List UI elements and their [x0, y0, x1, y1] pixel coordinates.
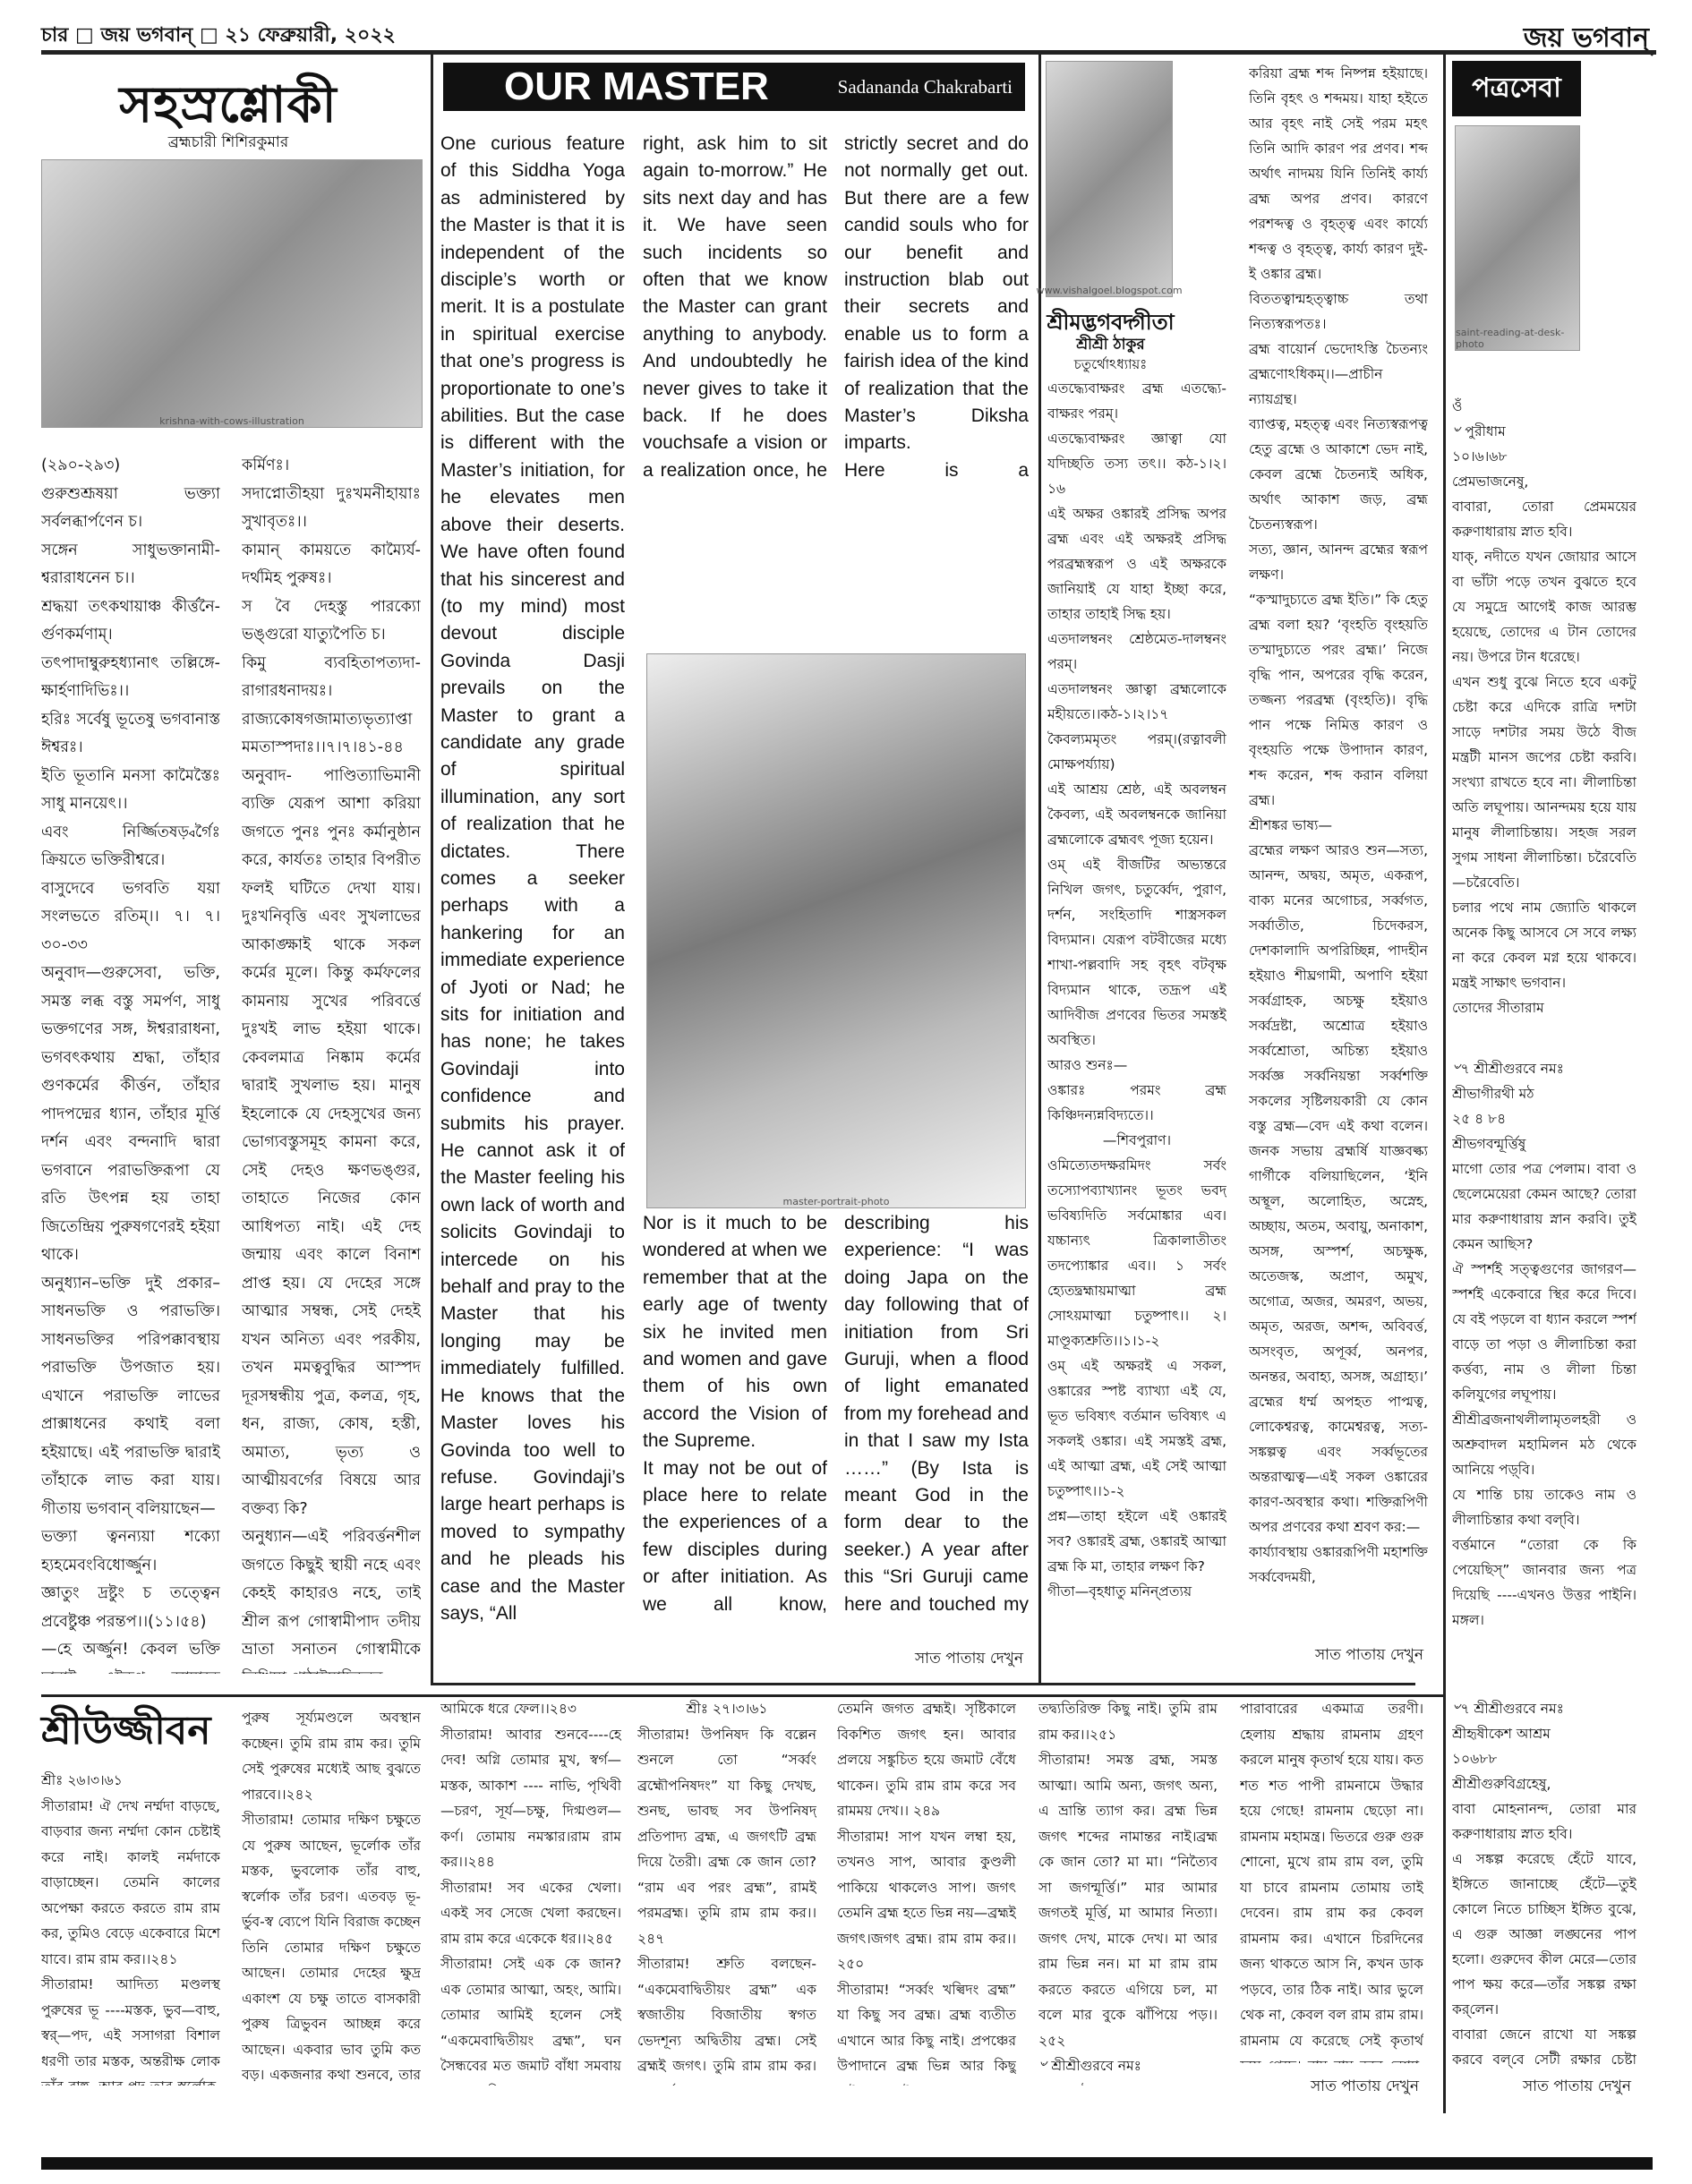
ujjiban-col3: আমিকে ধরে ফেল।।২৪৩ সীতারাম! আবার শুনবে--…	[440, 1696, 621, 2086]
letter-bhagirathi: ৺৭ শ্রীশ্রীগুরবে নমঃ শ্রীভাগীরথী মঠ ২৫ ৪…	[1452, 1056, 1636, 1629]
ujjiban-col5: তেমনি জগত ব্রহ্মই। সৃষ্টিকালে বিকশিত জগৎ…	[837, 1696, 1016, 2086]
patraseba-continued-link[interactable]: সাত পাতায় দেখুন	[1452, 2075, 1631, 2100]
ujjiban-col1: শ্রীঃ ২৬।৩।৬১ সীতারাম! ঐ দেখ নর্ম্মদা বা…	[41, 1768, 220, 2086]
master-continued-link[interactable]: সাত পাতায় দেখুন	[844, 1647, 1023, 1672]
master-col3-bottom: describing his experience: “I was doing …	[844, 1210, 1029, 1613]
master-header-bar: OUR MASTER Sadananda Chakrabarti	[443, 63, 1025, 111]
ujjiban-title: শ্রীউজ্জীবন	[41, 1701, 220, 1766]
letter-hrishikesh: ৺৭ শ্রীশ্রীগুরবে নমঃ শ্রীহৃষীকেশ আশ্রম ১…	[1452, 1696, 1636, 2072]
column-divider-right	[1443, 55, 1446, 2113]
master-border-left	[431, 55, 433, 1685]
gita-illustration: www.vishalgoel.blogspot.com	[1046, 61, 1173, 297]
gita-col2: করিয়া ব্রহ্ম শব্দ নিষ্পন্ন হইয়াছে। তিন…	[1249, 61, 1428, 1600]
bhagavat-author: ব্রহ্মচারী শিশিরকুমার	[36, 131, 421, 156]
master-col2-bottom: Nor is it much to be wondered at when we…	[643, 1210, 827, 1613]
master-photo: master-portrait-photo	[646, 653, 1026, 1208]
master-border-right	[1038, 55, 1041, 1685]
ujjiban-col6: তদ্ব্যতিরিক্ত কিছু নাই। তুমি রাম রাম কর।…	[1038, 1696, 1218, 2086]
master-col1: One curious feature of this Siddha Yoga …	[440, 131, 625, 1676]
ujjiban-col4: শ্রীঃ ২৭।৩।৬১ সীতারাম! উপনিষদ কি বল্লেন …	[637, 1696, 816, 2086]
masthead-brand: জয় ভগবান্	[1524, 16, 1649, 62]
master-author: Sadananda Chakrabarti	[838, 76, 1013, 98]
ujjiban-col2: পুরুষ সূর্য্যমণ্ডলে অবস্থান কচ্ছেন। তুমি…	[242, 1705, 421, 2086]
bhagavat-col1: (২৯০-২৯৩) গুরুশুশ্রূষয়া ভক্ত্যা সর্বলব্…	[41, 452, 220, 1674]
master-col3-top: strictly secret and do not normally get …	[844, 131, 1029, 489]
page-folio: চার □ জয় ভগবান্ □ ২১ ফেব্রুয়ারী, ২০২২	[41, 20, 396, 53]
bhagavat-col2: কর্মিণঃ। সদাপ্নোতীহয়া দুঃখমনীহায়াঃ সুখ…	[242, 452, 421, 1674]
gita-chapter: চতুর্থোঽধ্যায়ঃ	[1041, 354, 1180, 377]
letter-puri: ওঁ ৺ পুরীধাম ১০।৬।৬৮ প্রেমভাজনেষু, বাবার…	[1452, 394, 1636, 1065]
master-col2-top: right, ask him to sit again to-morrow.” …	[643, 131, 827, 489]
gita-continued-link[interactable]: সাত পাতায় দেখুন	[1249, 1643, 1423, 1668]
footer-rule	[41, 2157, 1653, 2170]
master-title: OUR MASTER	[504, 64, 769, 109]
patraseba-photo: saint-reading-at-desk-photo	[1455, 125, 1580, 351]
gita-col1: এতদ্ধ্যেবাক্ষরং ব্রহ্ম এতদ্ধ্যে-বাক্ষরং …	[1047, 376, 1226, 1629]
ujjiban-continued-link[interactable]: সাত পাতায় দেখুন	[1240, 2075, 1419, 2100]
header-rule	[41, 50, 1656, 55]
patraseba-title: পত্রসেবা	[1452, 61, 1581, 116]
section-divider	[431, 1683, 1415, 1685]
ujjiban-col7: পারাবারের একমাত্র তরণী। হেলায় শ্রদ্ধায়…	[1240, 1696, 1423, 2063]
bhagavat-illustration: krishna-with-cows-illustration	[41, 159, 423, 428]
